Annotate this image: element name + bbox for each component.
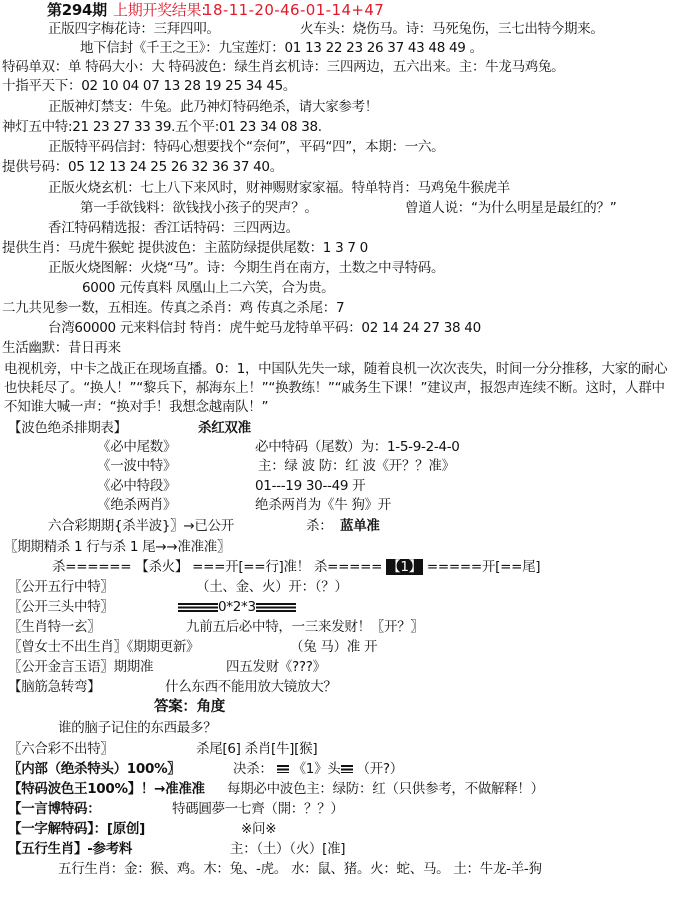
wave-row-label: 《一波中特》 [97, 458, 176, 475]
last-result-value: 18-11-20-46-01-14+47 [203, 2, 384, 19]
plum-poem: 正版四字梅花诗：三拜四叩。 [48, 21, 220, 38]
lamp-forbidden: 正版神灯禁支：牛兔。此乃神灯特码绝杀，请大家参考！ [48, 99, 378, 116]
five-elem-value: 主：（土）（火）[准] [230, 841, 345, 858]
one-word-label: 【一言博特码： [8, 801, 100, 818]
inner-value: 决杀： 《1》头 （开?） [233, 761, 403, 778]
one-char-value: ※问※ [241, 821, 276, 838]
kill-e: =====开[==尾] [427, 559, 540, 575]
answer-label: 答案： [154, 699, 197, 715]
no-special-value: 杀尾[6] 杀肖[牛][猴] [196, 741, 317, 758]
wave-king-label: 【特码波色王100%】！→准准准 [8, 781, 205, 798]
first-hand: 第一手欲钱料：欲钱找小孩子的哭声？。 [80, 200, 318, 217]
special-label: 〖生肖特一玄〗 [8, 619, 100, 636]
kill-row-title: 〖期期精杀 1 行与杀 1 尾→→准准准〗 [4, 539, 230, 556]
bar-decoration-icon [178, 603, 218, 612]
wave-king-value: 每期必中波色主：绿防：红（只供参考，不做解释！） [227, 781, 544, 798]
kill-a: 杀====== [52, 559, 131, 575]
half-wave-kill-value: 蓝单准 [340, 518, 380, 535]
flat-code-letter: 正版特平码信封：特码心想要找个“奈何”，平码“四”，本期：一六。 [48, 139, 444, 156]
kill-fire: 【杀火】 [135, 559, 188, 575]
inner-label: 〖内部（绝杀特头）100%〗 [8, 761, 181, 778]
three-heads: 0*2*3 [178, 599, 296, 616]
bar-decoration-icon [277, 765, 289, 773]
zeng-says: 曾道人说：“为什么明星是最红的？” [405, 200, 616, 217]
special-value: （兔 马）准 开 [290, 639, 377, 656]
special-label: 〖公开三头中特〗 [8, 599, 114, 616]
special-value: 什么东西不能用放大镜放大？ [165, 679, 337, 696]
humor-title: 生活幽默：昔日再来 [2, 340, 121, 357]
bar-decoration-icon [256, 603, 296, 612]
wave-row-value: 绝杀两肖为《牛 狗》开 [255, 497, 391, 514]
one-char-label: 【一字解特码】：[原创] [8, 821, 145, 838]
one-word-value: 特碼圓夢一七齊（開：？？） [172, 801, 344, 818]
kill-one: 【1】 [386, 559, 423, 575]
inner-head: 《1》头 [293, 761, 341, 777]
special-value: 九前五后必中特，一三来发财！〖开？〗 [186, 619, 424, 636]
half-wave-label: 六合彩期期{杀半波}〗→已公开 [48, 518, 234, 535]
last-result-label: 上期开奖结果: [113, 2, 206, 19]
lamp-five: 神灯五中特:21 23 27 33 39.五个平:01 23 34 08 38. [2, 119, 322, 136]
underground-letter: 地下信封《千王之王》：九宝莲灯：01 13 22 23 26 37 43 48 … [80, 40, 483, 57]
wave-row-value: 必中特码（尾数）为：1-5-9-2-4-0 [255, 439, 460, 456]
wave-row-value: 主：绿 波 防：红 波《开？？准》 [258, 458, 455, 475]
fax-6000: 6000 元传真料 凤凰山上二六笑，合为贵。 [82, 280, 334, 297]
answer: 答案：角度 [154, 699, 225, 716]
ten-fingers: 十指平天下：02 10 04 07 13 28 19 25 34 45。 [2, 78, 296, 95]
wave-row-label: 《绝杀两肖》 [97, 497, 176, 514]
special-label: 〖公开五行中特〗 [8, 579, 114, 596]
inner-open: （开?） [357, 761, 403, 777]
bar-decoration-icon [341, 765, 353, 773]
fire-diagram: 正版火烧图解：火烧“马”。诗：今期生肖在南方，土数之中寻特码。 [48, 260, 444, 277]
special-value: 0*2*3 [218, 599, 256, 615]
humor-story: 电视机旁，中卡之战正在现场直播。0：1，中国队先失一球，随着良机一次次丧失，时间… [4, 360, 676, 417]
no-special-label: 〖六合彩不出特〗 [8, 741, 114, 758]
inner-kill: 决杀： [233, 761, 273, 777]
provided-zodiac: 提供生肖：马虎牛猴蛇 提供波色：主蓝防绿提供尾数：1 3 7 0 [2, 240, 368, 257]
fire-mystery: 正版火烧玄机：七上八下来风时，财神赐财家家福。特单特肖：马鸡兔牛猴虎羊 [48, 180, 510, 197]
taiwan-letter: 台湾60000 元来料信封 特肖：虎牛蛇马龙特单平码：02 14 24 27 3… [48, 320, 481, 337]
train-head: 火车头：烧伤马。诗：马死兔伤，三七出特今期来。 [300, 21, 604, 38]
answer-value: 角度 [197, 699, 225, 715]
kill-c: ===开[==行]准！ 杀===== [192, 559, 382, 575]
riddle-2: 谁的脑子记住的东西最多？ [58, 720, 216, 737]
five-elem-list: 五行生肖：金：猴、鸡。木：兔、-虎。 水：鼠、猪。火：蛇、马。 土：牛龙-羊-狗 [58, 861, 542, 878]
fax-kill: 二九共见参一数，五相连。传真之杀肖：鸡 传真之杀尾：7 [2, 300, 344, 317]
provided-numbers: 提供号码：05 12 13 24 25 26 32 36 37 40。 [2, 159, 283, 176]
wave-kill: 杀红双准 [198, 420, 251, 437]
xiangjiang-report: 香江特码精选报：香江话特码：三四两边。 [48, 220, 299, 237]
wave-table-title: 【波色绝杀排期表】 [8, 420, 127, 437]
wave-row-value: 01---19 30--49 开 [255, 478, 365, 495]
five-elem-label: 【五行生肖】-参考料 [8, 841, 132, 858]
kill-row: 杀====== 【杀火】 ===开[==行]准！ 杀===== 【1】 ====… [52, 559, 540, 576]
special-label: 〖曾女士不出生肖〗《期期更新》 [8, 639, 199, 656]
wave-row-label: 《必中特段》 [97, 478, 176, 495]
special-value: 四五发财《???》 [226, 659, 326, 676]
special-label: 〖公开金言玉语〗期期准 [8, 659, 153, 676]
special-value: （土、金、火）开：（？） [196, 579, 348, 596]
special-odd-even: 特码单双：单 特码大小：大 特码波色：绿生肖玄机诗：三四两边，五六出来。主：牛龙… [2, 59, 564, 76]
wave-row-label: 《必中尾数》 [97, 439, 176, 456]
issue-number: 第294期 [47, 2, 107, 19]
half-wave-kill-label: 杀： [306, 518, 332, 535]
special-label: 【脑筋急转弯】 [8, 679, 100, 696]
